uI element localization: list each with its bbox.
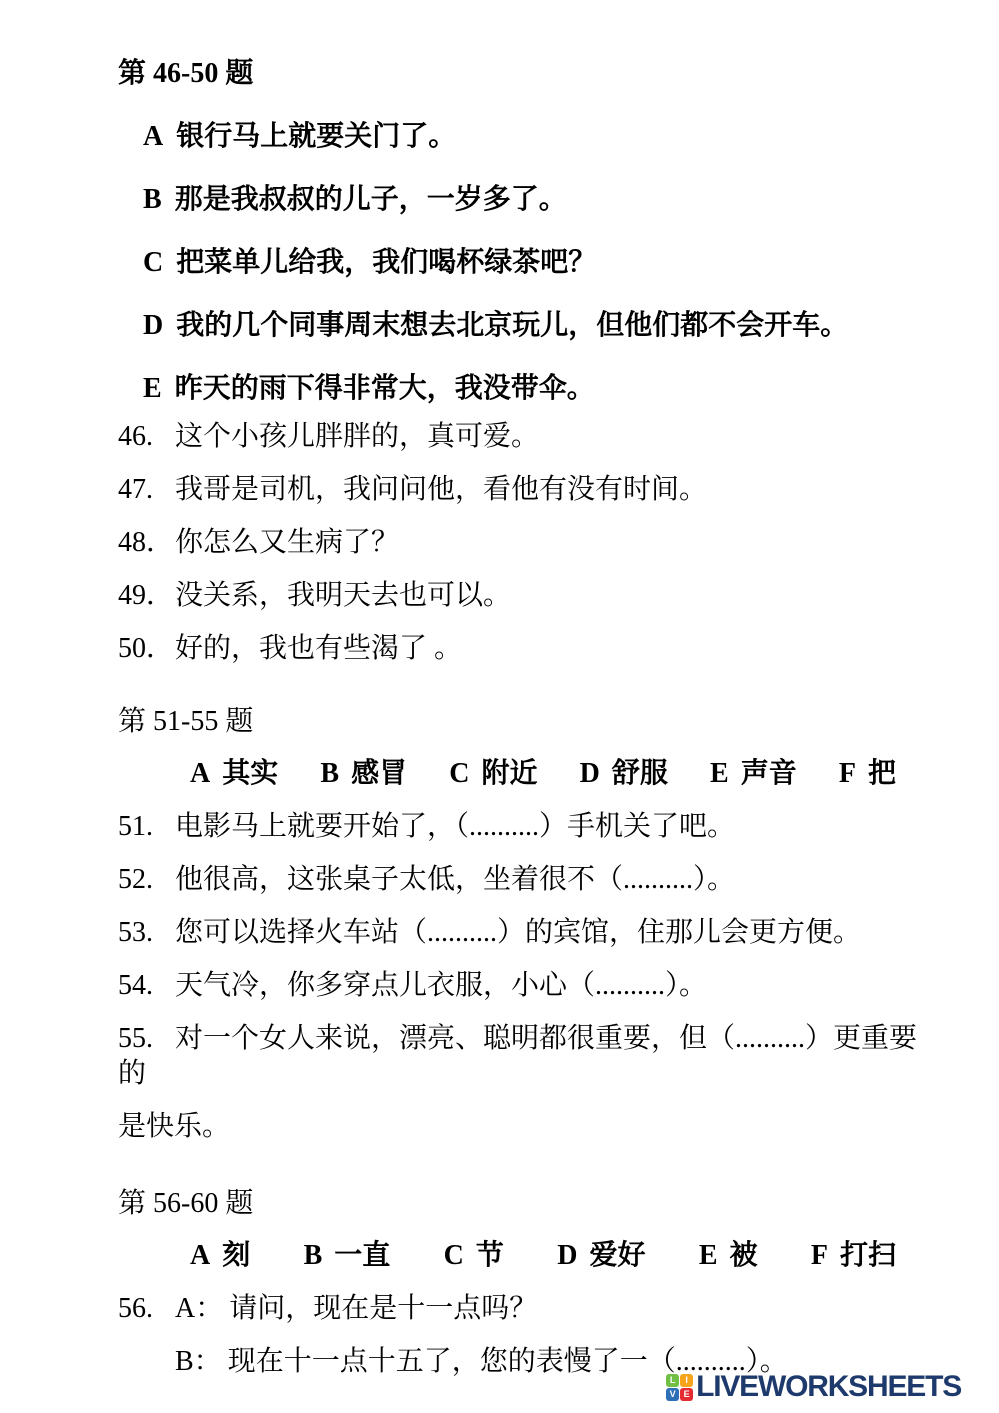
option-b: B那是我叔叔的儿子，一岁多了。 — [143, 182, 941, 217]
question-text: 您可以选择火车站（..........）的宾馆，住那儿会更方便。 — [175, 917, 861, 948]
logo-square-v: V — [666, 1388, 679, 1401]
question-text: 好的，我也有些渴了 。 — [175, 633, 462, 664]
option-text: 把菜单儿给我，我们喝杯绿茶吧？ — [176, 247, 596, 278]
word-bank-item: B一直 — [304, 1238, 391, 1273]
question-number: 51. — [118, 809, 175, 844]
question-number: 48． — [118, 525, 175, 560]
question-55-continuation: 是快乐。 — [118, 1109, 941, 1144]
dialog-speaker: A： — [175, 1293, 223, 1324]
question-number: 53. — [118, 915, 175, 950]
liveworksheets-logo[interactable]: L I V E LIVEWORKSHEETS — [666, 1370, 961, 1404]
word-bank-letter: B — [304, 1240, 323, 1271]
logo-square-i: I — [680, 1374, 693, 1387]
word-bank-word: 把 — [868, 758, 896, 789]
option-letter: D — [143, 310, 163, 341]
word-bank-item: F打扫 — [811, 1238, 896, 1273]
option-text: 昨天的雨下得非常大，我没带伞。 — [175, 373, 595, 404]
option-text: 银行马上就要关门了。 — [176, 121, 456, 152]
word-bank-item: A其实 — [190, 756, 278, 791]
dialog-text: 请问，现在是十一点吗？ — [229, 1293, 537, 1324]
question-51: 51.电影马上就要开始了，（..........）手机关了吧。 — [118, 809, 941, 844]
liveworksheets-logo-icon: L I V E — [666, 1374, 693, 1401]
question-number: 56. — [118, 1291, 175, 1326]
word-bank-item: E被 — [699, 1238, 758, 1273]
word-bank-letter: A — [190, 1240, 210, 1271]
option-text: 那是我叔叔的儿子，一岁多了。 — [175, 184, 567, 215]
option-c: C把菜单儿给我，我们喝杯绿茶吧？ — [143, 245, 941, 280]
word-bank-letter: C — [449, 758, 469, 789]
question-number: 47. — [118, 472, 175, 507]
question-number: 55. — [118, 1021, 175, 1056]
question-number: 52. — [118, 862, 175, 897]
question-54: 54.天气冷，你多穿点儿衣服，小心（..........）。 — [118, 968, 941, 1003]
option-letter: B — [143, 184, 162, 215]
question-text: 电影马上就要开始了，（..........）手机关了吧。 — [175, 811, 735, 842]
word-bank-word: 打扫 — [840, 1240, 896, 1271]
logo-square-e: E — [680, 1388, 693, 1401]
word-bank-letter: D — [557, 1240, 577, 1271]
word-bank-word: 舒服 — [612, 758, 668, 789]
option-text: 我的几个同事周末想去北京玩儿，但他们都不会开车。 — [176, 310, 848, 341]
word-bank-letter: B — [320, 758, 339, 789]
word-bank-word: 其实 — [222, 758, 278, 789]
question-number: 50． — [118, 631, 175, 666]
question-56-line-a: 56.A：请问，现在是十一点吗？ — [118, 1291, 941, 1326]
question-47: 47.我哥是司机，我问问他，看他有没有时间。 — [118, 472, 941, 507]
question-number: 46. — [118, 419, 175, 454]
worksheet-page: 第 46-50 题 A银行马上就要关门了。 B那是我叔叔的儿子，一岁多了。 C把… — [0, 0, 999, 1413]
liveworksheets-logo-text: LIVEWORKSHEETS — [696, 1370, 961, 1404]
word-bank-letter: F — [811, 1240, 828, 1271]
question-text: 你怎么又生病了？ — [175, 527, 399, 558]
word-bank-letter: E — [699, 1240, 718, 1271]
option-letter: C — [143, 247, 163, 278]
option-a: A银行马上就要关门了。 — [143, 119, 941, 154]
question-52: 52.他很高，这张桌子太低，坐着很不（..........）。 — [118, 862, 941, 897]
dialog-speaker: B： — [175, 1346, 222, 1377]
question-50: 50．好的，我也有些渴了 。 — [118, 631, 941, 666]
word-bank-56-60: A刻 B一直 C节 D爱好 E被 F打扫 — [190, 1238, 896, 1273]
option-letter: A — [143, 121, 163, 152]
question-48: 48．你怎么又生病了？ — [118, 525, 941, 560]
logo-square-l: L — [666, 1374, 679, 1387]
word-bank-letter: C — [444, 1240, 464, 1271]
option-e: E昨天的雨下得非常大，我没带伞。 — [143, 371, 941, 406]
question-text: 这个小孩儿胖胖的，真可爱。 — [175, 421, 539, 452]
word-bank-word: 爱好 — [589, 1240, 645, 1271]
word-bank-word: 声音 — [741, 758, 797, 789]
word-bank-word: 感冒 — [351, 758, 407, 789]
word-bank-word: 附近 — [481, 758, 537, 789]
question-text: 天气冷，你多穿点儿衣服，小心（..........）。 — [175, 970, 707, 1001]
question-55: 55.对一个女人来说，漂亮、聪明都很重要，但（..........）更重要的 — [118, 1021, 941, 1091]
word-bank-word: 节 — [476, 1240, 504, 1271]
question-text: 他很高，这张桌子太低，坐着很不（..........）。 — [175, 864, 735, 895]
option-d: D我的几个同事周末想去北京玩儿，但他们都不会开车。 — [143, 308, 941, 343]
word-bank-word: 刻 — [222, 1240, 250, 1271]
word-bank-item: E声音 — [710, 756, 797, 791]
word-bank-item: D舒服 — [580, 756, 668, 791]
question-text: 没关系，我明天去也可以。 — [175, 580, 511, 611]
question-46: 46.这个小孩儿胖胖的，真可爱。 — [118, 419, 941, 454]
section-heading-51-55: 第 51-55 题 — [118, 704, 941, 739]
option-letter: E — [143, 373, 162, 404]
question-53: 53.您可以选择火车站（..........）的宾馆，住那儿会更方便。 — [118, 915, 941, 950]
word-bank-item: F把 — [839, 756, 896, 791]
word-bank-item: D爱好 — [557, 1238, 645, 1273]
word-bank-letter: D — [580, 758, 600, 789]
question-text: 我哥是司机，我问问他，看他有没有时间。 — [175, 474, 707, 505]
word-bank-item: C附近 — [449, 756, 537, 791]
word-bank-item: A刻 — [190, 1238, 250, 1273]
word-bank-item: C节 — [444, 1238, 504, 1273]
question-49: 49．没关系，我明天去也可以。 — [118, 578, 941, 613]
word-bank-letter: F — [839, 758, 856, 789]
question-number: 49． — [118, 578, 175, 613]
word-bank-51-55: A其实 B感冒 C附近 D舒服 E声音 F把 — [190, 756, 896, 791]
question-text: 对一个女人来说，漂亮、聪明都很重要，但（..........）更重要的 — [118, 1023, 917, 1089]
word-bank-word: 一直 — [334, 1240, 390, 1271]
word-bank-item: B感冒 — [320, 756, 407, 791]
question-text: 是快乐。 — [118, 1111, 230, 1142]
word-bank-word: 被 — [730, 1240, 758, 1271]
section-heading-46-50: 第 46-50 题 — [118, 56, 941, 91]
word-bank-letter: E — [710, 758, 729, 789]
section-heading-56-60: 第 56-60 题 — [118, 1186, 941, 1221]
question-number: 54. — [118, 968, 175, 1003]
word-bank-letter: A — [190, 758, 210, 789]
